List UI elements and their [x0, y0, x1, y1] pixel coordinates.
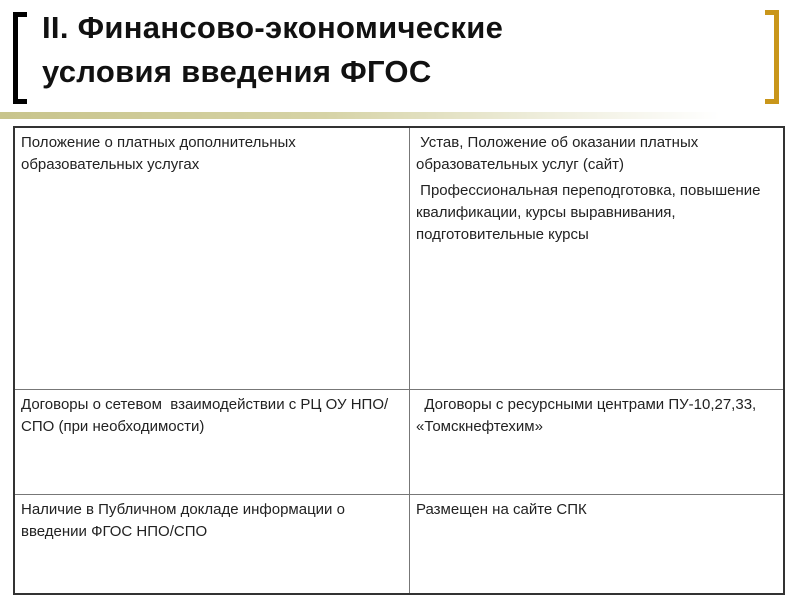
right-bracket-decoration: [765, 10, 779, 104]
table-cell-requirement: Положение о платных дополнительных образ…: [14, 127, 410, 389]
table-row: Положение о платных дополнительных образ…: [14, 127, 784, 389]
table-cell-status: Устав, Положение об оказании платных обр…: [410, 127, 785, 389]
left-bracket-decoration: [13, 12, 27, 104]
table-row: Договоры о сетевом взаимодействии с РЦ О…: [14, 389, 784, 494]
table-cell-requirement: Договоры о сетевом взаимодействии с РЦ О…: [14, 389, 410, 494]
table-cell-requirement: Наличие в Публичном докладе информации о…: [14, 494, 410, 594]
title-line-2: условия введения ФГОС: [42, 50, 503, 94]
conditions-table: Положение о платных дополнительных образ…: [13, 126, 785, 595]
table-cell-status: Размещен на сайте СПК: [410, 494, 785, 594]
table-cell-status: Договоры с ресурсными центрами ПУ-10,27,…: [410, 389, 785, 494]
table-row: Наличие в Публичном докладе информации о…: [14, 494, 784, 594]
title-line-1: II. Финансово-экономические: [42, 6, 503, 50]
title-divider: [0, 112, 720, 119]
slide-title: II. Финансово-экономические условия введ…: [42, 6, 503, 94]
